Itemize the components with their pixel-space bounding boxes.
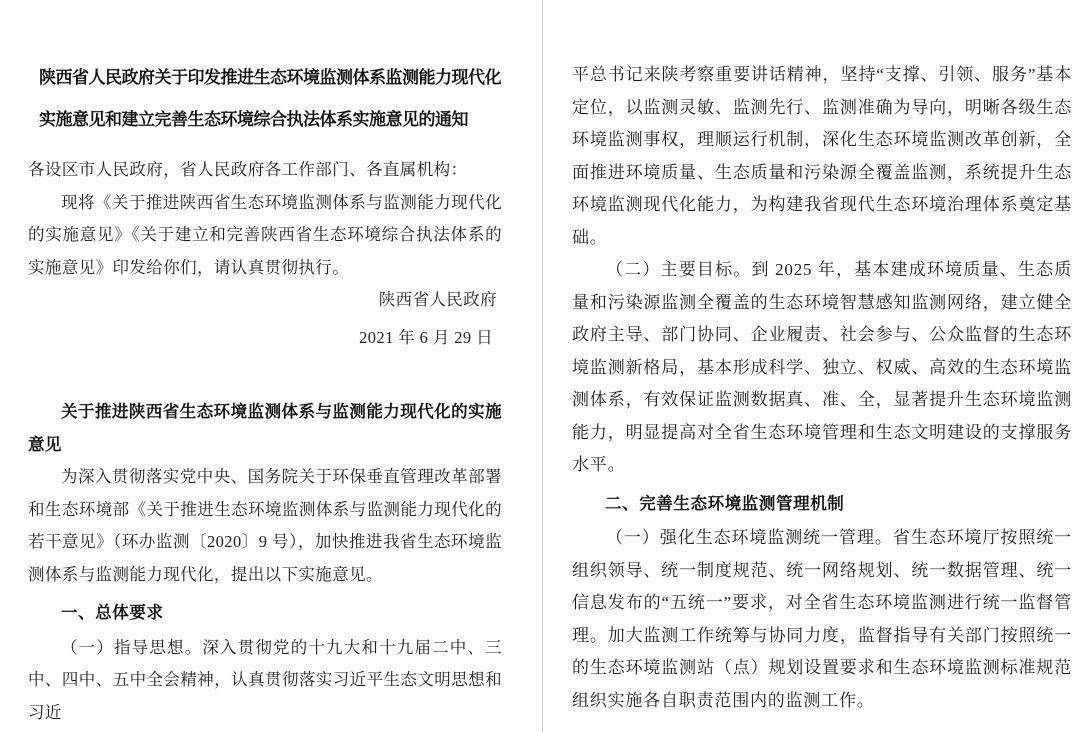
page-1: 陕西省人民政府关于印发推进生态环境监测体系监测能力现代化实施意见和建立完善生态环… (0, 0, 542, 732)
intro-paragraph: 为深入贯彻落实党中央、国务院关于环保垂直管理改革部署和生态环境部《关于推进生态环… (28, 461, 502, 591)
implementation-opinion-heading: 关于推进陕西省生态环境监测体系与监测能力现代化的实施意见 (28, 396, 502, 461)
page-2: 平总书记来陕考察重要讲话精神，坚持“支撑、引领、服务”基本定位，以监测灵敏、监测… (543, 0, 1080, 732)
issue-date: 2021 年 6 月 29 日 (28, 322, 502, 355)
unified-management-paragraph: （一）强化生态环境监测统一管理。省生态环境厅按照统一组织领导、统一制度规范、统一… (572, 522, 1072, 717)
main-goals-paragraph: （二）主要目标。到 2025 年，基本建成环境质量、生态质量和污染源监测全覆盖的… (572, 254, 1072, 482)
guiding-ideology-paragraph: （一）指导思想。深入贯彻党的十九大和十九届二中、三中、四中、五中全会精神，认真贯… (28, 632, 502, 730)
salutation: 各设区市人民政府，省人民政府各工作部门、各直属机构： (28, 154, 502, 187)
issuer-signature: 陕西省人民政府 (28, 284, 502, 317)
document-viewer: 陕西省人民政府关于印发推进生态环境监测体系监测能力现代化实施意见和建立完善生态环… (0, 0, 1080, 732)
section-heading-1: 一、总体要求 (28, 597, 502, 630)
forwarding-paragraph: 现将《关于推进陕西省生态环境监测体系与监测能力现代化的实施意见》《关于建立和完善… (28, 187, 502, 285)
section-heading-2: 二、完善生态环境监测管理机制 (572, 488, 1072, 521)
guiding-ideology-continuation-paragraph: 平总书记来陕考察重要讲话精神，坚持“支撑、引领、服务”基本定位，以监测灵敏、监测… (572, 59, 1072, 254)
notice-title: 陕西省人民政府关于印发推进生态环境监测体系监测能力现代化实施意见和建立完善生态环… (28, 57, 502, 141)
